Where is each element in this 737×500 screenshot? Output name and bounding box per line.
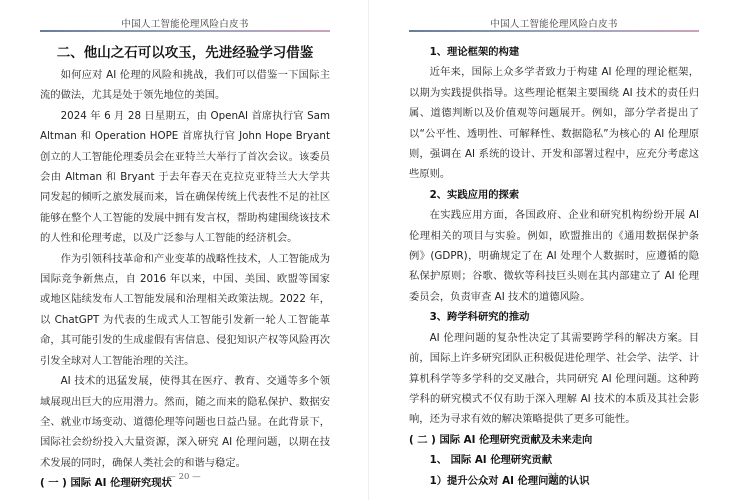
- header-rule: [40, 30, 330, 32]
- running-header: 中国人工智能伦理风险白皮书: [409, 16, 699, 30]
- page-right: 中国人工智能伦理风险白皮书 1、理论框架的构建 近年来，国际上众多学者致力于构建…: [369, 0, 737, 500]
- header-rule: [409, 30, 699, 32]
- page-number: — 21 —: [369, 472, 737, 482]
- paragraph: 近年来，国际上众多学者致力于构建 AI 伦理的理论框架，以期为实践提供指导。这些…: [409, 62, 699, 184]
- paragraph: 如何应对 AI 伦理的风险和挑战，我们可以借鉴一下国际主流的做法，尤其是处于领先…: [40, 65, 330, 106]
- paragraph: 作为引领科技革命和产业变革的战略性技术，人工智能成为国际竞争新焦点，自 2016…: [40, 249, 330, 371]
- heading: 3、跨学科研究的推动: [409, 307, 699, 327]
- paragraph: 在实践应用方面，各国政府、企业和研究机构纷纷开展 AI 伦理相关的项目与实验。例…: [409, 205, 699, 307]
- heading: 2、实践应用的探索: [409, 185, 699, 205]
- paragraph: AI 技术的迅猛发展，使得其在医疗、教育、交通等多个领域展现出巨大的应用潜力。然…: [40, 371, 330, 473]
- heading: 1、理论框架的构建: [409, 42, 699, 62]
- subsection-heading: ( 二 ) 国际 AI 伦理研究贡献及未来走向: [409, 430, 699, 450]
- heading: 1、 国际 AI 伦理研究贡献: [409, 450, 699, 470]
- page-body: 1、理论框架的构建 近年来，国际上众多学者致力于构建 AI 伦理的理论框架，以期…: [409, 42, 699, 491]
- page-body: 二、他山之石可以攻玉，先进经验学习借鉴 如何应对 AI 伦理的风险和挑战，我们可…: [40, 40, 330, 494]
- section-title: 二、他山之石可以攻玉，先进经验学习借鉴: [40, 42, 330, 64]
- running-header: 中国人工智能伦理风险白皮书: [40, 16, 330, 30]
- page-number: — 20 —: [0, 472, 368, 482]
- paragraph: AI 伦理问题的复杂性决定了其需要跨学科的解决方案。目前，国际上许多研究团队正积…: [409, 328, 699, 430]
- paragraph: 2024 年 6 月 28 日星期五，由 OpenAI 首席执行官 Sam Al…: [40, 106, 330, 249]
- page-left: 中国人工智能伦理风险白皮书 二、他山之石可以攻玉，先进经验学习借鉴 如何应对 A…: [0, 0, 368, 500]
